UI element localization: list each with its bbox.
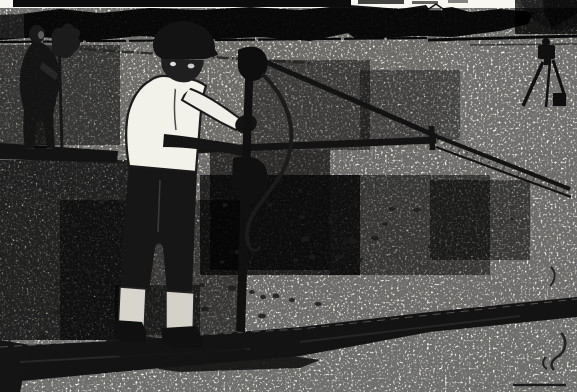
clod: [208, 217, 212, 220]
clod: [201, 307, 209, 312]
clod: [382, 222, 388, 226]
clod: [258, 314, 266, 319]
clod: [235, 250, 240, 254]
clod: [95, 289, 101, 293]
clod: [228, 285, 236, 291]
clod: [249, 290, 255, 294]
illustration-page: [0, 0, 577, 392]
clod: [289, 298, 295, 302]
clod: [450, 253, 454, 256]
clod: [315, 302, 322, 306]
clod: [70, 324, 76, 328]
clod: [199, 283, 205, 287]
clod: [293, 258, 299, 262]
clod: [335, 255, 343, 260]
left-boot: [113, 320, 146, 342]
clod: [413, 208, 421, 212]
clod: [105, 186, 111, 190]
clod: [54, 282, 61, 286]
clod: [468, 245, 472, 248]
eye-highlight: [188, 64, 195, 69]
clod: [463, 206, 468, 210]
clod: [467, 232, 473, 236]
clod: [118, 199, 124, 203]
clod: [309, 255, 316, 260]
clod: [357, 258, 363, 262]
clod: [54, 310, 60, 314]
rail-junction-tick: [428, 126, 435, 150]
clod: [220, 261, 224, 264]
right-boot: [161, 326, 203, 348]
clod: [101, 199, 106, 203]
clod: [260, 295, 266, 299]
halftone-illustration: [0, 0, 577, 392]
clod: [389, 207, 396, 211]
eye-highlight: [170, 62, 176, 66]
clod: [268, 203, 273, 207]
clod: [428, 246, 433, 249]
clod: [37, 336, 44, 340]
clod: [485, 219, 489, 222]
clod: [301, 236, 309, 242]
clod: [149, 294, 155, 298]
instrument-knob: [542, 38, 550, 46]
clod: [223, 203, 228, 207]
instrument-head: [538, 45, 555, 59]
clod: [371, 236, 379, 241]
clod: [299, 215, 305, 219]
clod: [347, 238, 357, 244]
clod: [71, 223, 79, 228]
instrument-case: [553, 93, 566, 106]
clod: [273, 294, 280, 299]
clod: [85, 270, 91, 274]
clod: [328, 220, 333, 224]
clod: [298, 189, 303, 192]
mid-clamp: [232, 156, 268, 203]
clod: [510, 218, 514, 221]
